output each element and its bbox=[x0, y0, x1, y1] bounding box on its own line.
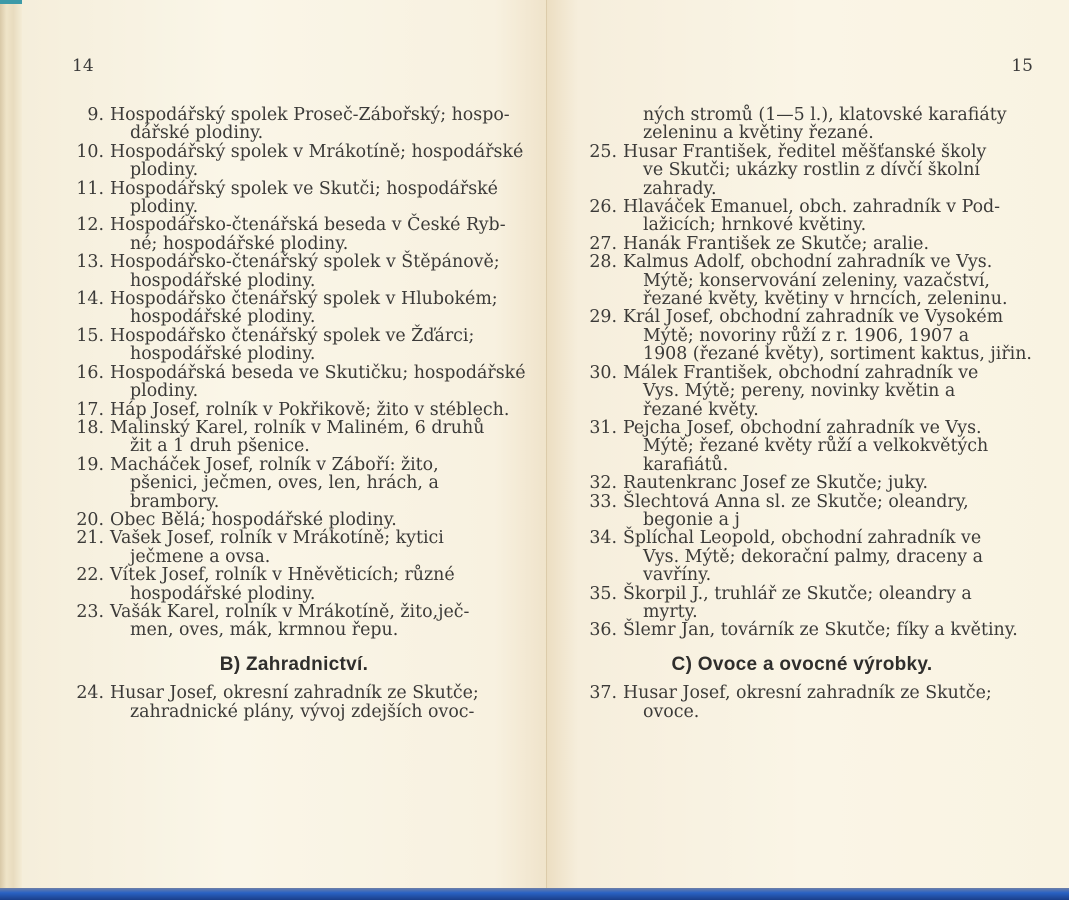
entry-number: 27. bbox=[571, 235, 617, 253]
entry-first-line: Král Josef, obchodní zahradník ve Vysoké… bbox=[623, 308, 1033, 326]
entry-number: 16. bbox=[58, 364, 104, 382]
entry-continuation-line: ječmene a ovsa. bbox=[110, 548, 530, 566]
continued-entry: ných stromů (1—5 l.), klatovské karafiát… bbox=[571, 106, 1033, 143]
list-entry: 25.Husar František, ředitel měšťanské šk… bbox=[571, 143, 1033, 198]
list-entry: 18.Malinský Karel, rolník v Maliném, 6 d… bbox=[58, 419, 530, 456]
entry-number: 13. bbox=[58, 253, 104, 271]
entry-first-line: Šplíchal Leopold, obchodní zahradník ve bbox=[623, 529, 1033, 547]
entry-first-line: Husar Josef, okresní zahradník ze Skutče… bbox=[110, 684, 530, 702]
entry-continuation-line: men, oves, mák, krmnou řepu. bbox=[110, 621, 530, 639]
entry-continuation-line: plodiny. bbox=[110, 161, 530, 179]
entry-first-line: Macháček Josef, rolník v Záboří: žito, bbox=[110, 456, 530, 474]
section-heading: C) Ovoce a ovocné výrobky. bbox=[571, 656, 1033, 674]
entry-continuation-line: Mýtě; řezané květy růží a velkokvětých bbox=[623, 437, 1033, 455]
entry-continuation-line: plodiny. bbox=[110, 382, 530, 400]
entry-first-line: Malinský Karel, rolník v Maliném, 6 druh… bbox=[110, 419, 530, 437]
entry-first-line: Rautenkranc Josef ze Skutče; juky. bbox=[623, 474, 1033, 492]
entry-number: 35. bbox=[571, 585, 617, 603]
entry-number: 12. bbox=[58, 216, 104, 234]
entry-continuation-line: Mýtě; novoriny růží z r. 1906, 1907 a bbox=[623, 327, 1033, 345]
entry-first-line: Hospodářsko čtenářský spolek v Hlubokém; bbox=[110, 290, 530, 308]
entry-first-line: Háp Josef, rolník v Pokřikově; žito v st… bbox=[110, 401, 530, 419]
entry-number: 11. bbox=[58, 180, 104, 198]
entry-continuation-line: begonie a j bbox=[623, 511, 1033, 529]
right-page-text: ných stromů (1—5 l.), klatovské karafiát… bbox=[571, 106, 1033, 721]
entry-continuation-line: hospodářské plodiny. bbox=[110, 585, 530, 603]
entry-continuation-line: zahrady. bbox=[623, 180, 1033, 198]
entry-continuation-line: hospodářské plodiny. bbox=[110, 272, 530, 290]
list-entry: 13.Hospodářsko-čtenářský spolek v Štěpán… bbox=[58, 253, 530, 290]
entry-number: 36. bbox=[571, 621, 617, 639]
entry-number: 30. bbox=[571, 364, 617, 382]
entry-continuation-line: myrty. bbox=[623, 603, 1033, 621]
entry-number: 23. bbox=[58, 603, 104, 621]
list-entry: 26.Hlaváček Emanuel, obch. zahradník v P… bbox=[571, 198, 1033, 235]
entry-first-line: Husar Josef, okresní zahradník ze Skutče… bbox=[623, 684, 1033, 702]
entry-number: 22. bbox=[58, 566, 104, 584]
entry-first-line: Kalmus Adolf, obchodní zahradník ve Vys. bbox=[623, 253, 1033, 271]
entry-first-line: Vašák Karel, rolník v Mrákotíně, žito,je… bbox=[110, 603, 530, 621]
entry-number: 34. bbox=[571, 529, 617, 547]
left-page-text: 9.Hospodářský spolek Proseč-Zábořský; ho… bbox=[58, 106, 530, 721]
entry-number: 9. bbox=[58, 106, 104, 124]
entry-continuation-line: Vys. Mýtě; pereny, novinky květin a bbox=[623, 382, 1033, 400]
entry-first-line: Málek František, obchodní zahradník ve bbox=[623, 364, 1033, 382]
entry-first-line: Hospodářský spolek v Mrákotíně; hospodář… bbox=[110, 143, 530, 161]
entry-number: 31. bbox=[571, 419, 617, 437]
entry-first-line: Vítek Josef, rolník v Hněvěticích; různé bbox=[110, 566, 530, 584]
list-entry: 31.Pejcha Josef, obchodní zahradník ve V… bbox=[571, 419, 1033, 474]
list-entry: 16.Hospodářská beseda ve Skutičku; hospo… bbox=[58, 364, 530, 401]
entry-continuation-line: řezané květy, květiny v hrncích, zelenin… bbox=[623, 290, 1033, 308]
entry-number: 17. bbox=[58, 401, 104, 419]
entry-first-line: Vašek Josef, rolník v Mrákotíně; kytici bbox=[110, 529, 530, 547]
entry-number: 10. bbox=[58, 143, 104, 161]
entry-continuation-line: pšenici, ječmen, oves, len, hrách, a bbox=[110, 474, 530, 492]
entry-number: 15. bbox=[58, 327, 104, 345]
entry-continuation-line: 1908 (řezané květy), sortiment kaktus, j… bbox=[623, 345, 1033, 363]
entry-first-line: Pejcha Josef, obchodní zahradník ve Vys. bbox=[623, 419, 1033, 437]
list-entry: 17.Háp Josef, rolník v Pokřikově; žito v… bbox=[58, 401, 530, 419]
entry-continuation-line: plodiny. bbox=[110, 198, 530, 216]
list-entry: 23.Vašák Karel, rolník v Mrákotíně, žito… bbox=[58, 603, 530, 640]
entry-number: 21. bbox=[58, 529, 104, 547]
entry-number: 26. bbox=[571, 198, 617, 216]
entry-number: 19. bbox=[58, 456, 104, 474]
list-entry: 14.Hospodářsko čtenářský spolek v Hlubok… bbox=[58, 290, 530, 327]
entry-first-line: Škorpil J., truhlář ze Skutče; oleandry … bbox=[623, 585, 1033, 603]
entry-continuation-line: hospodářské plodiny. bbox=[110, 345, 530, 363]
entry-first-line: Hospodářsko-čtenářská beseda v České Ryb… bbox=[110, 216, 530, 234]
entry-first-line: Hospodářsko-čtenářský spolek v Štěpánově… bbox=[110, 253, 530, 271]
entry-continuation-line: ve Skutči; ukázky rostlin z dívčí školní bbox=[623, 161, 1033, 179]
entry-number: 14. bbox=[58, 290, 104, 308]
list-entry: 37.Husar Josef, okresní zahradník ze Sku… bbox=[571, 684, 1033, 721]
list-entry: 32.Rautenkranc Josef ze Skutče; juky. bbox=[571, 474, 1033, 492]
entry-continuation-line: vavříny. bbox=[623, 566, 1033, 584]
section-heading: B) Zahradnictví. bbox=[58, 656, 530, 674]
entry-number: 33. bbox=[571, 493, 617, 511]
entry-first-line: Šlechtová Anna sl. ze Skutče; oleandry, bbox=[623, 493, 1033, 511]
list-entry: 19.Macháček Josef, rolník v Záboří: žito… bbox=[58, 456, 530, 511]
list-entry: 21.Vašek Josef, rolník v Mrákotíně; kyti… bbox=[58, 529, 530, 566]
entry-continuation-line: hospodářské plodiny. bbox=[110, 308, 530, 326]
entry-number: 24. bbox=[58, 684, 104, 702]
list-entry: 29.Král Josef, obchodní zahradník ve Vys… bbox=[571, 308, 1033, 363]
entry-number: 25. bbox=[571, 143, 617, 161]
entry-continuation-line: lažicích; hrnkové květiny. bbox=[623, 216, 1033, 234]
entry-continuation-line: karafiátů. bbox=[623, 456, 1033, 474]
entry-continuation-line: ovoce. bbox=[623, 703, 1033, 721]
entry-first-line: Hospodářsko čtenářský spolek ve Žďárci; bbox=[110, 327, 530, 345]
list-entry: 34.Šplíchal Leopold, obchodní zahradník … bbox=[571, 529, 1033, 584]
entry-number: 37. bbox=[571, 684, 617, 702]
cover-edge bbox=[0, 0, 22, 4]
entry-continuation-line: řezané květy. bbox=[623, 401, 1033, 419]
entry-first-line: Šlemr Jan, továrník ze Skutče; fíky a kv… bbox=[623, 621, 1033, 639]
page-number-left: 14 bbox=[72, 56, 94, 76]
entry-continuation-line: Vys. Mýtě; dekorační palmy, draceny a bbox=[623, 548, 1033, 566]
list-entry: 9.Hospodářský spolek Proseč-Zábořský; ho… bbox=[58, 106, 530, 143]
entry-continuation-line: zeleninu a květiny řezané. bbox=[623, 124, 1033, 142]
entry-continuation-line: zahradnické plány, vývoj zdejších ovoc- bbox=[110, 703, 530, 721]
entry-first-line: Hospodářská beseda ve Skutičku; hospodář… bbox=[110, 364, 530, 382]
list-entry: 10.Hospodářský spolek v Mrákotíně; hospo… bbox=[58, 143, 530, 180]
entry-first-line: Hanák František ze Skutče; aralie. bbox=[623, 235, 1033, 253]
entry-number: 20. bbox=[58, 511, 104, 529]
entry-continuation-line: brambory. bbox=[110, 493, 530, 511]
background-surface bbox=[0, 888, 1069, 900]
list-entry: 12.Hospodářsko-čtenářská beseda v České … bbox=[58, 216, 530, 253]
entry-number: 32. bbox=[571, 474, 617, 492]
entry-continuation-line: né; hospodářské plodiny. bbox=[110, 235, 530, 253]
list-entry: 30.Málek František, obchodní zahradník v… bbox=[571, 364, 1033, 419]
list-entry: 33.Šlechtová Anna sl. ze Skutče; oleandr… bbox=[571, 493, 1033, 530]
entry-first-line: Hlaváček Emanuel, obch. zahradník v Pod- bbox=[623, 198, 1033, 216]
page-block-edge bbox=[0, 0, 23, 890]
entry-first-line: Hospodářský spolek Proseč-Zábořský; hosp… bbox=[110, 106, 530, 124]
entry-continuation-line: ných stromů (1—5 l.), klatovské karafiát… bbox=[623, 106, 1033, 124]
entry-number: 28. bbox=[571, 253, 617, 271]
entry-number: 18. bbox=[58, 419, 104, 437]
list-entry: 27.Hanák František ze Skutče; aralie. bbox=[571, 235, 1033, 253]
entry-first-line: Obec Bělá; hospodářské plodiny. bbox=[110, 511, 530, 529]
list-entry: 24.Husar Josef, okresní zahradník ze Sku… bbox=[58, 684, 530, 721]
list-entry: 15.Hospodářsko čtenářský spolek ve Žďárc… bbox=[58, 327, 530, 364]
list-entry: 20.Obec Bělá; hospodářské plodiny. bbox=[58, 511, 530, 529]
entry-continuation-line: Mýtě; konservování zeleniny, vazačství, bbox=[623, 272, 1033, 290]
list-entry: 36.Šlemr Jan, továrník ze Skutče; fíky a… bbox=[571, 621, 1033, 639]
list-entry: 22.Vítek Josef, rolník v Hněvěticích; rů… bbox=[58, 566, 530, 603]
entry-number: 29. bbox=[571, 308, 617, 326]
entry-first-line: Husar František, ředitel měšťanské školy bbox=[623, 143, 1033, 161]
entry-continuation-line: žit a 1 druh pšenice. bbox=[110, 437, 530, 455]
entry-continuation-line: dářské plodiny. bbox=[110, 124, 530, 142]
open-book: 14 15 9.Hospodářský spolek Proseč-Zábořs… bbox=[0, 0, 1069, 890]
page-number-right: 15 bbox=[1011, 56, 1033, 76]
list-entry: 11.Hospodářský spolek ve Skutči; hospodá… bbox=[58, 180, 530, 217]
list-entry: 28.Kalmus Adolf, obchodní zahradník ve V… bbox=[571, 253, 1033, 308]
entry-first-line: Hospodářský spolek ve Skutči; hospodářsk… bbox=[110, 180, 530, 198]
list-entry: 35.Škorpil J., truhlář ze Skutče; oleand… bbox=[571, 585, 1033, 622]
